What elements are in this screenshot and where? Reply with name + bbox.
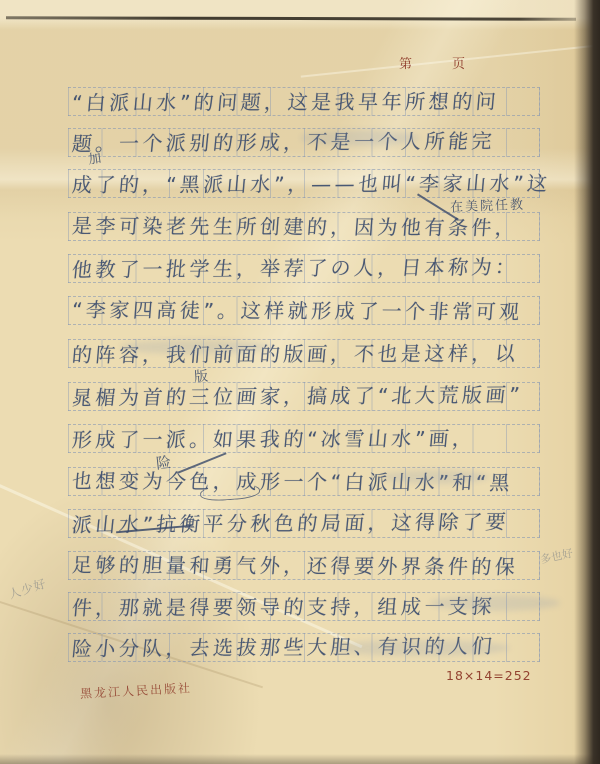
manuscript-row-8: 晁楣为首的三位画家，搞成了“北大荒版画” [68, 382, 540, 411]
publisher-imprint: 黑龙江人民出版社 [80, 679, 193, 702]
manuscript-row-5: 他教了一批学生，举荐了の人，日本称为： [68, 254, 540, 283]
insertion-mark-xian: 险 [155, 451, 172, 473]
handwritten-line: 他教了一批学生，举荐了の人，日本称为： [71, 253, 594, 283]
manuscript-row-10: 也想变为今色，成形一个“白派山水”和“黑 [68, 467, 540, 496]
handwritten-line: 晁楣为首的三位画家，搞成了“北大荒版画” [71, 381, 594, 411]
manuscript-row-9: 形成了一派。如果我的“冰雪山水”画， [68, 424, 540, 453]
folio-label-ye: 页 [452, 53, 465, 72]
manuscript-row-2: 题。一个派别的形成，不是一个人所能完 [68, 128, 540, 157]
handwritten-line: 题。一个派别的形成，不是一个人所能完 [71, 127, 594, 157]
insertion-mark-jia: 加 [87, 147, 103, 168]
manuscript-row-14: 险小分队，去选拔那些大胆、有识的人们 [68, 633, 540, 662]
manuscript-row-7: 的阵容，我们前面的版画，不也是这样，以 [68, 339, 540, 368]
scan-bottom-edge [0, 754, 600, 764]
scanned-manuscript-page: 第 页 “白派山水”的问题，这是我早年所想的问 题。一个派别的形成，不是一个人所… [0, 0, 600, 764]
page-top-edge-shadow [6, 16, 576, 20]
handwritten-line: “白派山水”的问题，这是我早年所想的问 [71, 88, 593, 116]
grid-spec-imprint: 18×14=252 [446, 668, 532, 683]
handwritten-line: 是李可染老先生所创建的，因为他有条件， [71, 213, 593, 241]
handwritten-line: “李家四高徒”。这样就形成了一个非常可观 [71, 297, 593, 325]
handwritten-line: 派山水”抗衡平分秋色的局面，这得除了要 [71, 508, 594, 538]
manuscript-row-3: 成了的，“黑派山水”，——也叫“李家山水”这 [68, 169, 540, 198]
insertion-mark-ban: 版 [193, 366, 208, 387]
handwritten-line: 的阵容，我们前面的版画，不也是这样，以 [71, 340, 593, 368]
folio-label-di: 第 [399, 53, 412, 72]
paper-crease [301, 44, 600, 77]
manuscript-row-12: 足够的胆量和勇气外，还得要外界条件的保 [68, 551, 540, 580]
manuscript-row-13: 件，那就是得要领导的支持，组成一支探 [68, 592, 540, 621]
manuscript-row-6: “李家四高徒”。这样就形成了一个非常可观 [68, 296, 540, 325]
handwritten-line: 件，那就是得要领导的支持，组成一支探 [71, 593, 593, 621]
handwritten-line: 险小分队，去选拔那些大胆、有识的人们 [71, 632, 594, 662]
pencil-margin-note-left: 人少好 [6, 574, 48, 602]
insertion-note-meiyuan: 在美院任教 [450, 194, 526, 216]
manuscript-row-1: “白派山水”的问题，这是我早年所想的问 [68, 87, 540, 116]
handwritten-line: 足够的胆量和勇气外，还得要外界条件的保 [71, 552, 593, 580]
handwritten-line: 形成了一派。如果我的“冰雪山水”画， [71, 425, 593, 453]
manuscript-row-11: 派山水”抗衡平分秋色的局面，这得除了要 [68, 509, 540, 538]
handwritten-line: 也想变为今色，成形一个“白派山水”和“黑 [71, 468, 593, 496]
manuscript-row-4: 是李可染老先生所创建的，因为他有条件， [68, 212, 540, 241]
